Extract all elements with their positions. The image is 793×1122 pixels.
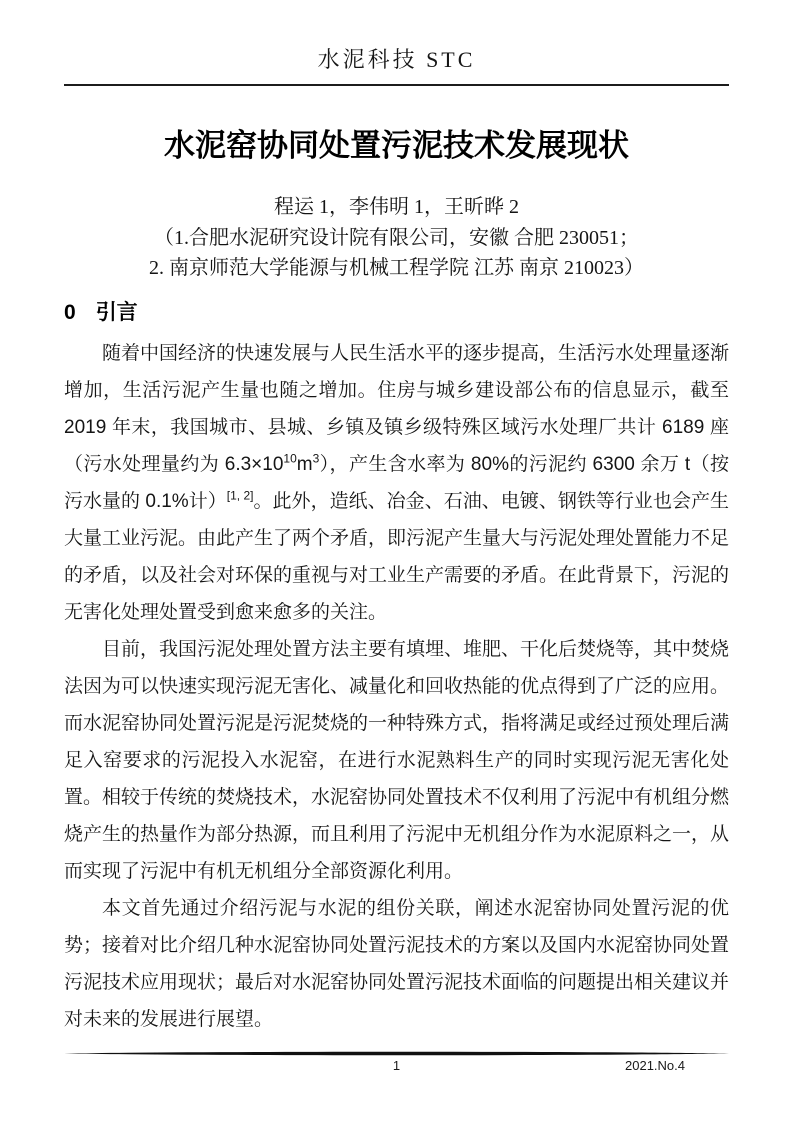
paragraph-text: m: [297, 454, 313, 475]
section-title: 引言: [96, 301, 138, 324]
affiliation-line-1: （1.合肥水泥研究设计院有限公司，安徽 合肥 230051；: [64, 223, 729, 253]
authors-line: 程运 1，李伟明 1，王昕晔 2: [64, 193, 729, 221]
paper-page: 水泥科技 STC 水泥窑协同处置污泥技术发展现状 程运 1，李伟明 1，王昕晔 …: [0, 0, 793, 1122]
paragraph-text: 目前，我国污泥处理处置方法主要有填埋、堆肥、干化后焚烧等，其中焚烧法因为可以快速…: [64, 639, 729, 882]
section-number: 0: [64, 301, 76, 324]
section-heading: 0引言: [64, 297, 729, 329]
affiliation-line-2: 2. 南京师范大学能源与机械工程学院 江苏 南京 210023）: [64, 253, 729, 283]
header-rule: [64, 84, 729, 86]
footer-issue-label: 2021.No.4: [625, 1058, 685, 1073]
paper-title: 水泥窑协同处置污泥技术发展现状: [64, 126, 729, 166]
superscript-text: 10: [283, 452, 296, 466]
journal-name: 水泥科技 STC: [64, 46, 729, 74]
footer-rule: [64, 1050, 729, 1057]
body-text: 随着中国经济的快速发展与人民生活水平的逐步提高，生活污水处理量逐渐增加，生活污泥…: [64, 335, 729, 1038]
footer-meta: 1 2021.No.4: [64, 1057, 729, 1075]
body-paragraph-2: 目前，我国污泥处理处置方法主要有填埋、堆肥、干化后焚烧等，其中焚烧法因为可以快速…: [64, 631, 729, 890]
paragraph-text: 本文首先通过介绍污泥与水泥的组份关联，阐述水泥窑协同处置污泥的优势；接着对比介绍…: [64, 898, 729, 1030]
superscript-text: [1, 2]: [227, 489, 254, 503]
page-content: 水泥科技 STC 水泥窑协同处置污泥技术发展现状 程运 1，李伟明 1，王昕晔 …: [0, 46, 793, 1038]
affiliations-block: （1.合肥水泥研究设计院有限公司，安徽 合肥 230051； 2. 南京师范大学…: [64, 223, 729, 283]
body-paragraph-1: 随着中国经济的快速发展与人民生活水平的逐步提高，生活污水处理量逐渐增加，生活污泥…: [64, 335, 729, 631]
page-footer: 1 2021.No.4: [64, 1050, 729, 1075]
body-paragraph-3: 本文首先通过介绍污泥与水泥的组份关联，阐述水泥窑协同处置污泥的优势；接着对比介绍…: [64, 890, 729, 1038]
